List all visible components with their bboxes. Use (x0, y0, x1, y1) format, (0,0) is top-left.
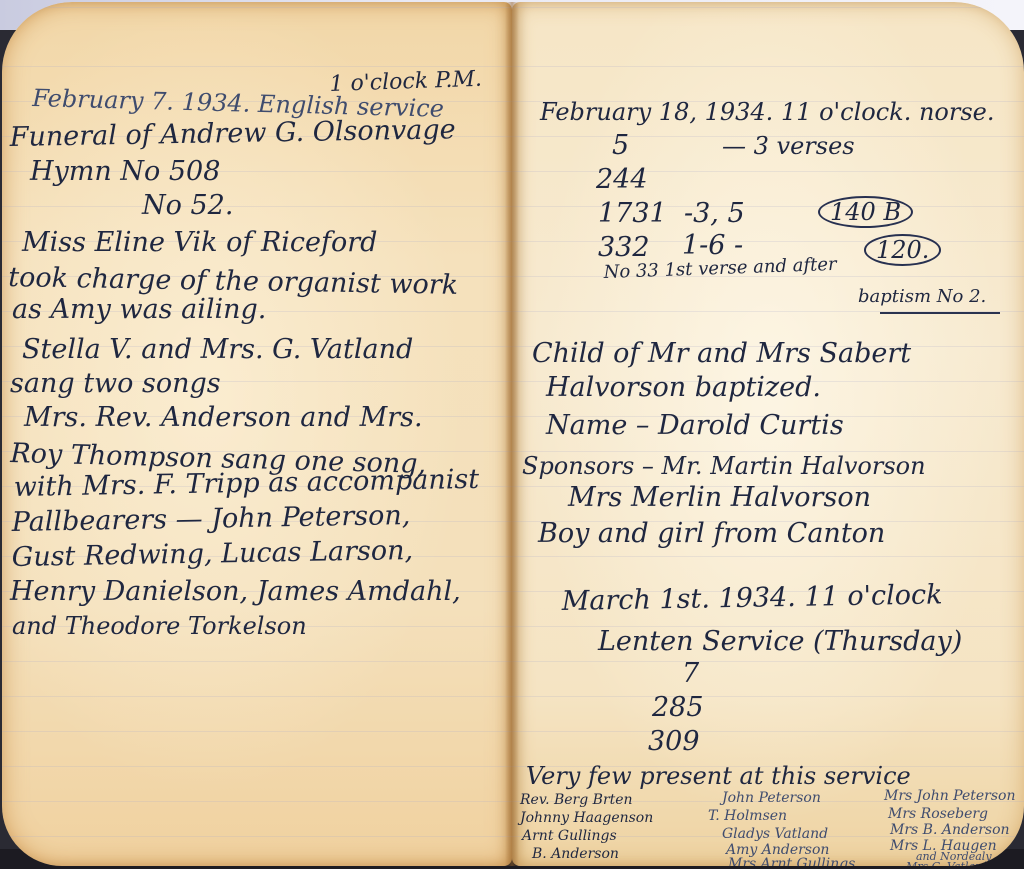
note-line: Boy and girl from Canton (538, 518, 885, 549)
note-line: Henry Danielson, James Amdahl, (10, 576, 461, 607)
attendee-name: Mrs G. Vatland (906, 860, 989, 866)
notebook-spine (505, 2, 519, 866)
hymn-note: — 3 verses (722, 132, 855, 160)
divider-line (880, 312, 1000, 314)
circled-hymn-ref: 140 B (818, 196, 913, 228)
note-line: Mrs Merlin Halvorson (568, 482, 871, 513)
note-line: Halvorson baptized. (546, 372, 821, 403)
entry-date: March 1st. 1934. 11 o'clock (561, 579, 942, 617)
attendee-name: T. Holmsen (708, 808, 787, 824)
hymn-number: 332 (598, 232, 650, 263)
attendee-name: Gladys Vatland (722, 826, 828, 842)
note-line: and Theodore Torkelson (12, 612, 307, 640)
attendee-name: Mrs Arnt Gullings (728, 856, 855, 866)
note-line: Mrs. Rev. Anderson and Mrs. (24, 402, 423, 433)
hymn-subnote: baptism No 2. (858, 286, 986, 307)
note-line: Miss Eline Vik of Riceford (22, 227, 377, 258)
attendee-name: Mrs John Peterson (884, 788, 1016, 804)
attendance-note: Very few present at this service (526, 762, 911, 790)
note-line: as Amy was ailing. (12, 294, 266, 325)
notebook-right-page: February 18, 1934. 11 o'clock. norse. 5 … (512, 2, 1024, 866)
note-line: sang two songs (10, 368, 221, 399)
attendee-name: Mrs B. Anderson (890, 822, 1010, 838)
circled-hymn-ref: 120. (864, 234, 941, 266)
attendee-name: Rev. Berg Brten (520, 792, 633, 808)
hymn-number: 244 (596, 164, 648, 195)
attendee-name: John Peterson (722, 790, 821, 806)
note-line: Name – Darold Curtis (546, 410, 844, 441)
attendee-name: Arnt Gullings (522, 828, 617, 844)
hymn-number: 5 (612, 130, 629, 161)
service-line: Lenten Service (Thursday) (598, 626, 962, 657)
note-line: Sponsors – Mr. Martin Halvorson (522, 452, 926, 480)
note-line: Child of Mr and Mrs Sabert (532, 338, 911, 369)
hymn-number: 7 (682, 658, 699, 689)
hymn-number: 285 (652, 692, 704, 723)
attendee-name: Mrs Roseberg (888, 806, 988, 822)
hymn-note: 1-6 - (682, 230, 743, 261)
hymn-note: -3, 5 (684, 198, 745, 229)
hymn-line: No 52. (142, 190, 233, 221)
hymn-number: 309 (648, 726, 700, 757)
hymn-number: 1731 (598, 198, 667, 229)
note-line: Stella V. and Mrs. G. Vatland (22, 334, 413, 365)
notebook-left-page: 1 o'clock P.M. February 7. 1934. English… (2, 2, 512, 866)
hymn-line: Hymn No 508 (30, 156, 220, 187)
attendee-name: Johnny Haagenson (520, 810, 653, 826)
attendee-name: B. Anderson (532, 846, 619, 862)
entry-date: February 18, 1934. 11 o'clock. norse. (540, 98, 995, 126)
